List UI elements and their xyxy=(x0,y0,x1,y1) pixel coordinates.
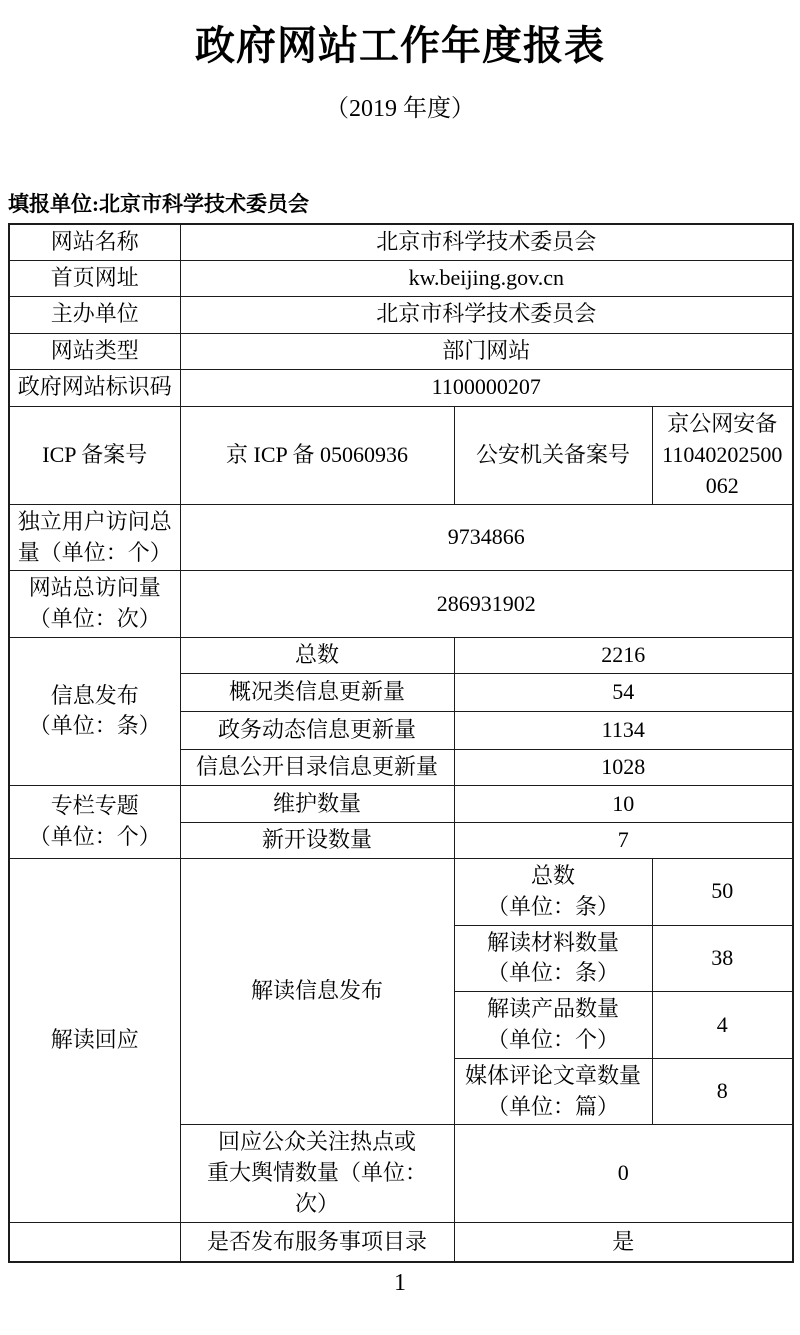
annual-report-table: 网站名称 北京市科学技术委员会 首页网址 kw.beijing.gov.cn 主… xyxy=(8,223,794,1263)
site-id-value: 1100000207 xyxy=(180,369,793,406)
total-visits-label: 网站总访问量 （单位：次） xyxy=(9,571,180,638)
organizer-value: 北京市科学技术委员会 xyxy=(180,296,793,333)
page-number: 1 xyxy=(0,1270,800,1297)
table-row: 专栏专题 （单位：个） 维护数量 10 xyxy=(9,785,793,822)
site-id-label: 政府网站标识码 xyxy=(9,369,180,406)
info-release-row-value: 2216 xyxy=(454,637,793,673)
table-row: 解读回应 解读信息发布 总数 （单位：条） 50 xyxy=(9,858,793,925)
table-row: 网站类型 部门网站 xyxy=(9,333,793,369)
columns-topics-row-label: 新开设数量 xyxy=(180,822,454,858)
reporting-unit-line: 填报单位:北京市科学技术委员会 xyxy=(8,188,309,218)
columns-topics-row-value: 10 xyxy=(454,785,793,822)
police-record-label: 公安机关备案号 xyxy=(454,406,652,504)
page-title: 政府网站工作年度报表 xyxy=(0,14,800,71)
homepage-url-label: 首页网址 xyxy=(9,260,180,296)
public-response-label: 回应公众关注热点或 重大舆情数量（单位： 次） xyxy=(180,1125,454,1222)
service-directory-value: 是 xyxy=(454,1222,793,1262)
info-release-row-label: 政务动态信息更新量 xyxy=(180,711,454,749)
table-row: 首页网址 kw.beijing.gov.cn xyxy=(9,260,793,296)
columns-topics-row-label: 维护数量 xyxy=(180,785,454,822)
info-release-row-value: 54 xyxy=(454,673,793,711)
service-directory-label: 是否发布服务事项目录 xyxy=(180,1222,454,1262)
organizer-label: 主办单位 xyxy=(9,296,180,333)
interpretation-row-value: 8 xyxy=(652,1058,793,1125)
info-release-group-label: 信息发布 （单位：条） xyxy=(9,637,180,785)
interpretation-row-label: 解读产品数量 （单位：个） xyxy=(454,992,652,1059)
columns-topics-group-label: 专栏专题 （单位：个） xyxy=(9,785,180,858)
interpretation-row-label: 媒体评论文章数量 （单位：篇） xyxy=(454,1058,652,1125)
info-release-row-label: 总数 xyxy=(180,637,454,673)
interpretation-row-label: 解读材料数量 （单位：条） xyxy=(454,925,652,992)
interpretation-row-value: 50 xyxy=(652,858,793,925)
interpretation-row-value: 38 xyxy=(652,925,793,992)
site-type-label: 网站类型 xyxy=(9,333,180,369)
table-row: 是否发布服务事项目录 是 xyxy=(9,1222,793,1262)
unique-visitors-label: 独立用户访问总 量（单位：个） xyxy=(9,504,180,571)
info-release-row-value: 1028 xyxy=(454,749,793,785)
icp-value: 京 ICP 备 05060936 xyxy=(180,406,454,504)
total-visits-value: 286931902 xyxy=(180,571,793,638)
site-name-label: 网站名称 xyxy=(9,224,180,260)
table-row: 主办单位 北京市科学技术委员会 xyxy=(9,296,793,333)
table-row: ICP 备案号 京 ICP 备 05060936 公安机关备案号 京公网安备 1… xyxy=(9,406,793,504)
unique-visitors-value: 9734866 xyxy=(180,504,793,571)
table-row: 信息发布 （单位：条） 总数 2216 xyxy=(9,637,793,673)
reporting-unit-name: 北京市科学技术委员会 xyxy=(99,192,309,216)
table-row: 网站总访问量 （单位：次） 286931902 xyxy=(9,571,793,638)
info-release-row-value: 1134 xyxy=(454,711,793,749)
table-row: 政府网站标识码 1100000207 xyxy=(9,369,793,406)
page-subtitle: （2019 年度） xyxy=(0,88,800,123)
public-response-value: 0 xyxy=(454,1125,793,1222)
reporting-unit-label: 填报单位: xyxy=(8,192,99,216)
info-release-row-label: 概况类信息更新量 xyxy=(180,673,454,711)
columns-topics-row-value: 7 xyxy=(454,822,793,858)
interpretation-row-value: 4 xyxy=(652,992,793,1059)
interpretation-release-label: 解读信息发布 xyxy=(180,858,454,1124)
site-type-value: 部门网站 xyxy=(180,333,793,369)
table-row: 网站名称 北京市科学技术委员会 xyxy=(9,224,793,260)
info-release-row-label: 信息公开目录信息更新量 xyxy=(180,749,454,785)
site-name-value: 北京市科学技术委员会 xyxy=(180,224,793,260)
table-row: 独立用户访问总 量（单位：个） 9734866 xyxy=(9,504,793,571)
empty-cell xyxy=(9,1222,180,1262)
report-page: 政府网站工作年度报表 （2019 年度） 填报单位:北京市科学技术委员会 网站名… xyxy=(0,0,800,1335)
police-record-value: 京公网安备 11040202500 062 xyxy=(652,406,793,504)
icp-label: ICP 备案号 xyxy=(9,406,180,504)
interpretation-group-label: 解读回应 xyxy=(9,858,180,1222)
interpretation-row-label: 总数 （单位：条） xyxy=(454,858,652,925)
homepage-url-value: kw.beijing.gov.cn xyxy=(180,260,793,296)
